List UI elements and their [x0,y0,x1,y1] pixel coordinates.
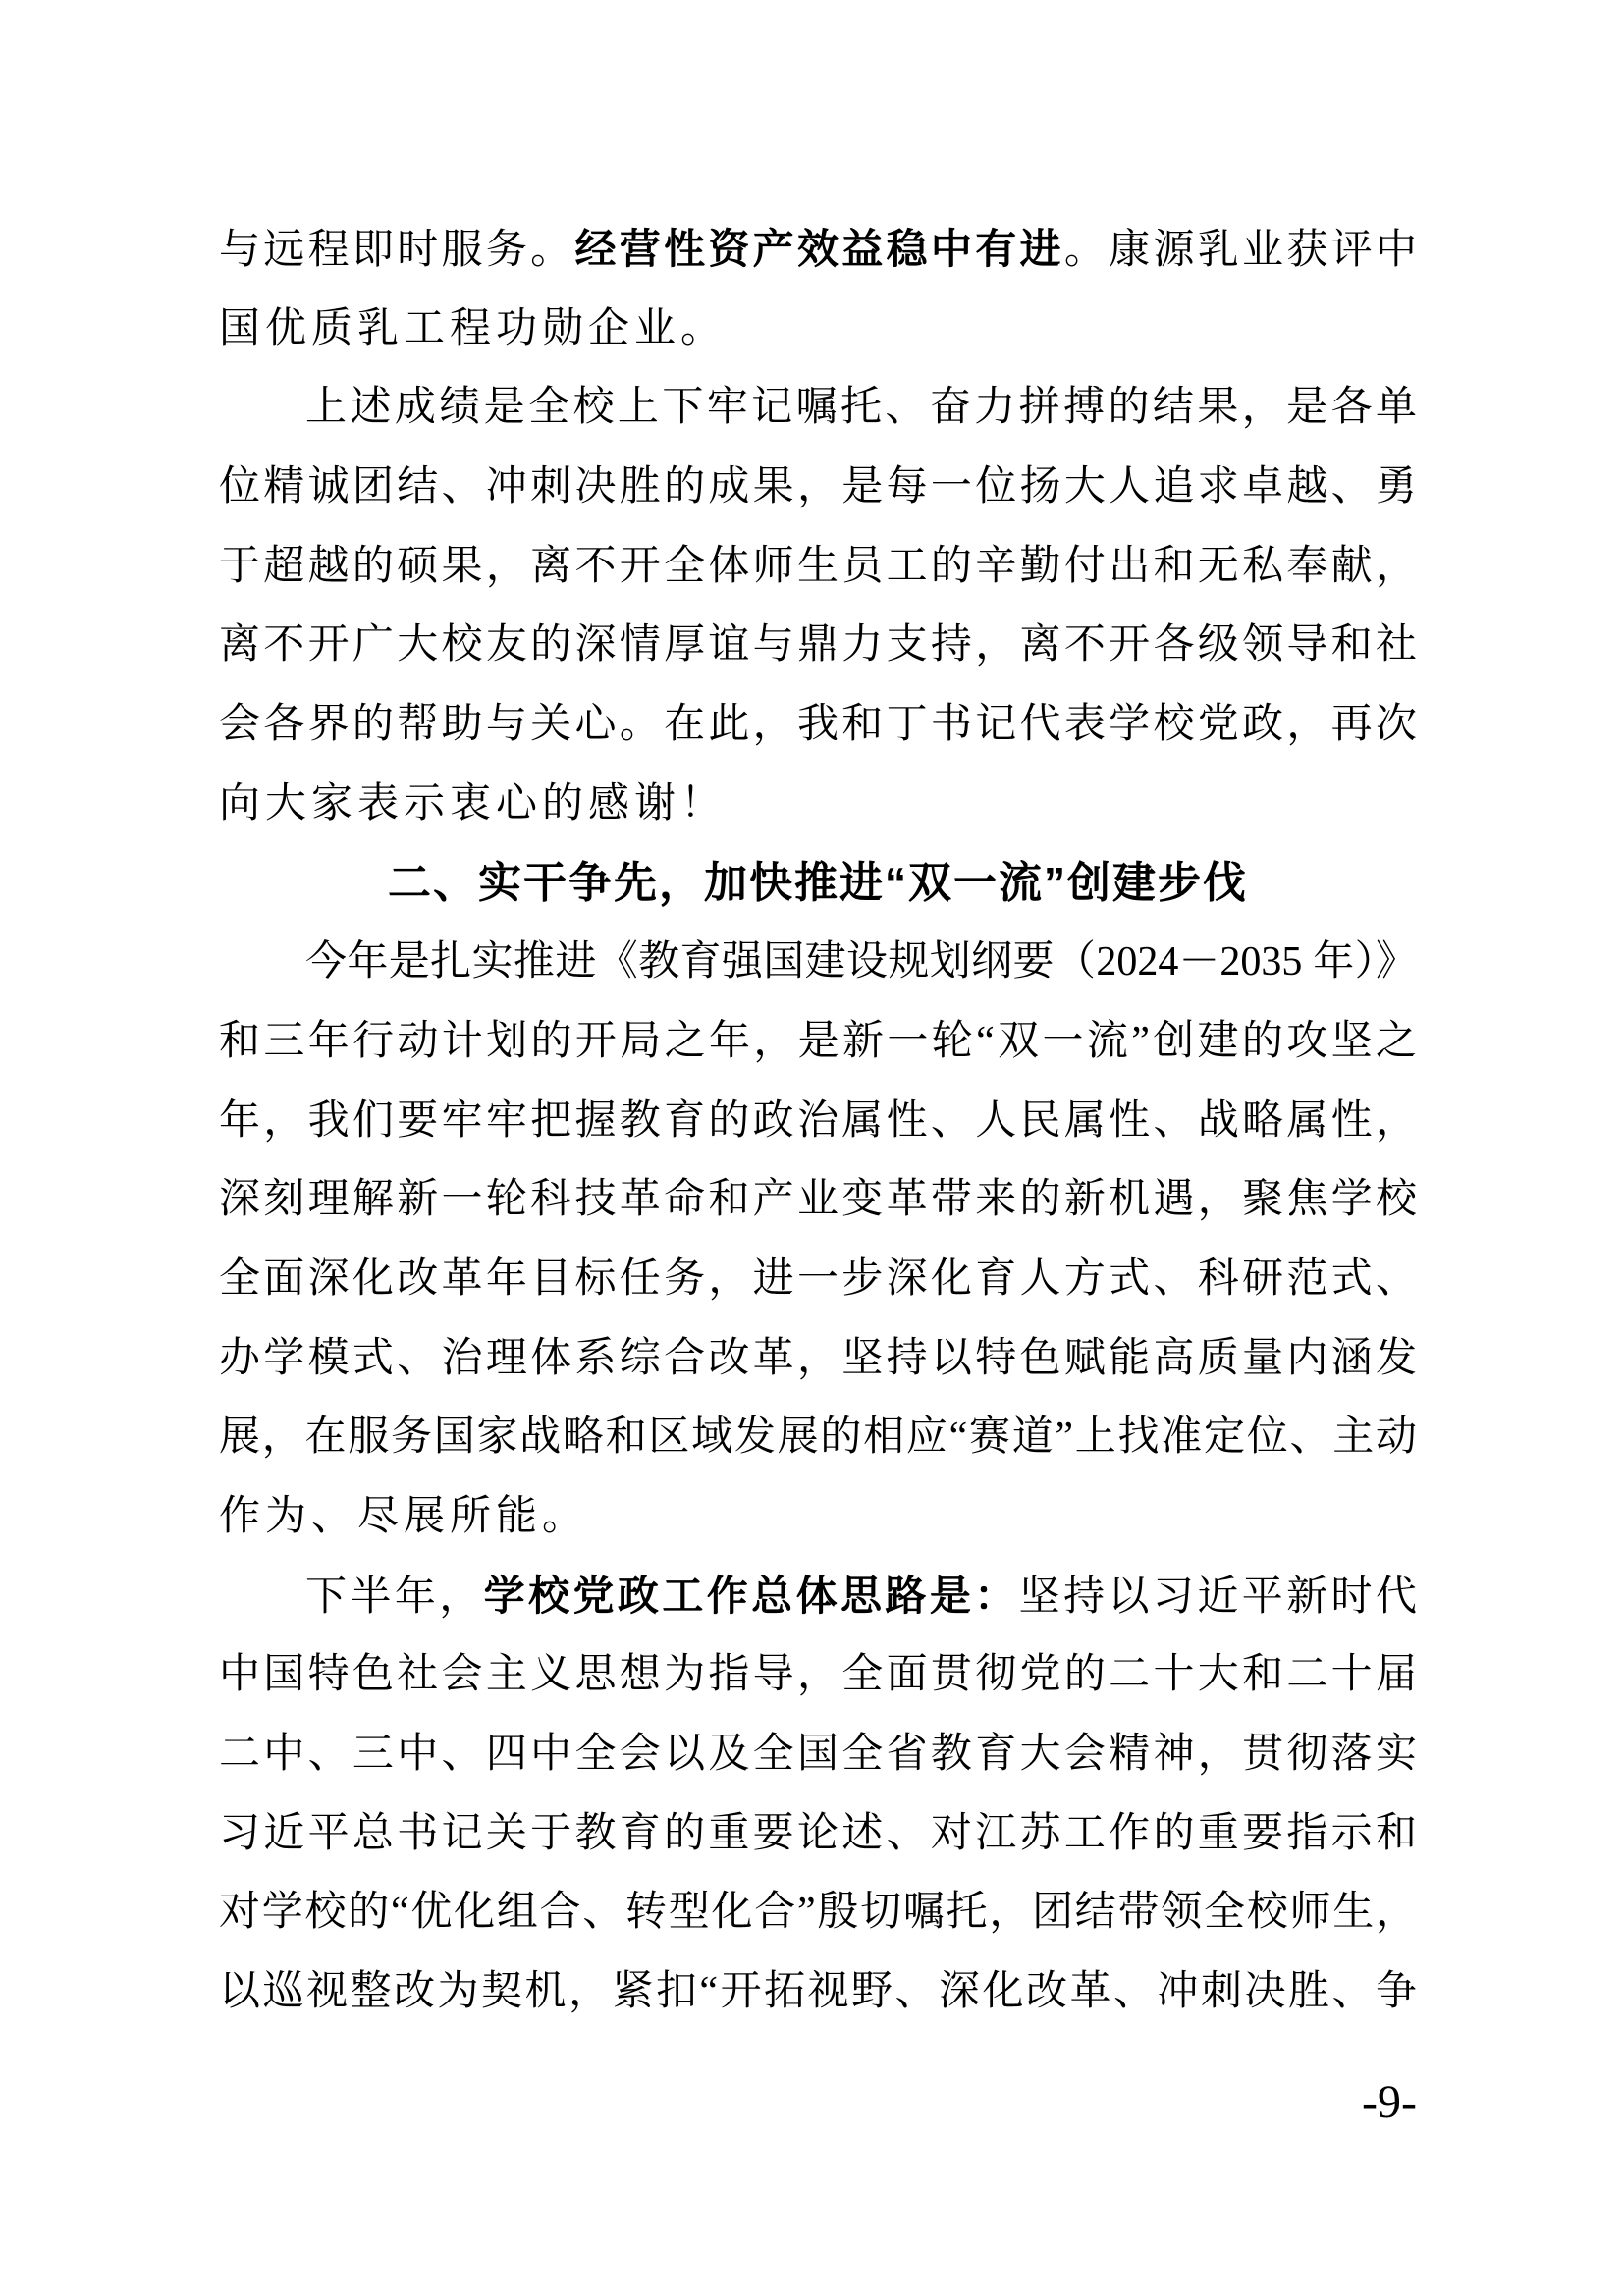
text-line: 年，我们要牢牢把握教育的政治属性、人民属性、战略属性， [219,1082,1417,1161]
text-line: 习近平总书记关于教育的重要论述、对江苏工作的重要指示和 [219,1794,1417,1874]
text-segment: 年，我们要牢牢把握教育的政治属性、人民属性、战略属性， [219,1098,1417,1144]
text-segment: 作为、尽展所能。 [219,1494,588,1539]
text-line: 中国特色社会主义思想为指导，全面贯彻党的二十大和二十届 [219,1635,1417,1715]
section-heading: 二、实干争先，加快推进“双一流”创建步伐 [219,844,1417,924]
text-segment: 今年是扎实推进《教育强国建设规划纲要（2024－2035 年）》 [305,939,1417,985]
text-line: 离不开广大校友的深情厚谊与鼎力支持，离不开各级领导和社 [219,606,1417,685]
text-segment: 与远程即时服务。 [219,228,574,273]
text-line: 作为、尽展所能。 [219,1477,1417,1557]
text-segment: 上述成绩是全校上下牢记嘱托、奋力拼搏的结果，是各单 [305,385,1417,430]
document-text-block: 与远程即时服务。经营性资产效益稳中有进。康源乳业获评中国优质乳工程功勋企业。上述… [219,210,1417,2032]
text-segment: 向大家表示衷心的感谢！ [219,781,727,827]
text-segment: 二中、三中、四中全会以及全国全省教育大会精神，贯彻落实 [219,1732,1417,1777]
text-segment: 于超越的硕果，离不开全体师生员工的辛勤付出和无私奉献， [219,544,1417,589]
text-segment: 展，在服务国家战略和区域发展的相应“赛道”上找准定位、主动 [219,1415,1417,1460]
text-segment: 会各界的帮助与关心。在此，我和丁书记代表学校党政，再次 [219,702,1417,747]
page-number: -9- [219,2077,1417,2128]
text-line: 今年是扎实推进《教育强国建设规划纲要（2024－2035 年）》 [219,923,1417,1002]
text-line: 会各界的帮助与关心。在此，我和丁书记代表学校党政，再次 [219,685,1417,765]
document-page: 与远程即时服务。经营性资产效益稳中有进。康源乳业获评中国优质乳工程功勋企业。上述… [0,0,1624,2296]
text-line: 于超越的硕果，离不开全体师生员工的辛勤付出和无私奉献， [219,527,1417,607]
bold-text-segment: 二、实干争先，加快推进“双一流”创建步伐 [388,859,1248,907]
text-segment: 深刻理解新一轮科技革命和产业变革带来的新机遇，聚焦学校 [219,1177,1417,1222]
text-line: 上述成绩是全校上下牢记嘱托、奋力拼搏的结果，是各单 [219,368,1417,448]
text-segment: 坚持以习近平新时代 [1019,1575,1417,1620]
text-segment: 对学校的“优化组合、转型化合”殷切嘱托，团结带领全校师生， [219,1890,1417,1935]
text-line: 和三年行动计划的开局之年，是新一轮“双一流”创建的攻坚之 [219,1002,1417,1082]
text-segment: 位精诚团结、冲刺决胜的成果，是每一位扬大人追求卓越、勇 [219,464,1417,509]
text-line: 办学模式、治理体系综合改革，坚持以特色赋能高质量内涵发 [219,1319,1417,1399]
text-line: 国优质乳工程功勋企业。 [219,290,1417,369]
bold-text-segment: 经营性资产效益稳中有进 [574,226,1063,272]
text-line: 以巡视整改为契机，紧扣“开拓视野、深化改革、冲刺决胜、争 [219,1952,1417,2032]
text-line: 与远程即时服务。经营性资产效益稳中有进。康源乳业获评中 [219,210,1417,290]
text-line: 展，在服务国家战略和区域发展的相应“赛道”上找准定位、主动 [219,1398,1417,1477]
text-segment: 中国特色社会主义思想为指导，全面贯彻党的二十大和二十届 [219,1652,1417,1697]
bold-text-segment: 学校党政工作总体思路是： [484,1573,1019,1619]
text-line: 向大家表示衷心的感谢！ [219,765,1417,844]
text-segment: 下半年， [305,1575,484,1620]
text-line: 二中、三中、四中全会以及全国全省教育大会精神，贯彻落实 [219,1715,1417,1794]
text-line: 下半年，学校党政工作总体思路是：坚持以习近平新时代 [219,1557,1417,1636]
text-segment: 国优质乳工程功勋企业。 [219,306,727,351]
text-segment: 以巡视整改为契机，紧扣“开拓视野、深化改革、冲刺决胜、争 [219,1969,1417,2014]
text-line: 深刻理解新一轮科技革命和产业变革带来的新机遇，聚焦学校 [219,1160,1417,1240]
text-segment: 全面深化改革年目标任务，进一步深化育人方式、科研范式、 [219,1256,1417,1302]
text-segment: 办学模式、治理体系综合改革，坚持以特色赋能高质量内涵发 [219,1336,1417,1381]
text-line: 位精诚团结、冲刺决胜的成果，是每一位扬大人追求卓越、勇 [219,448,1417,527]
text-segment: 和三年行动计划的开局之年，是新一轮“双一流”创建的攻坚之 [219,1019,1417,1064]
text-segment: 。康源乳业获评中 [1064,228,1417,273]
text-line: 对学校的“优化组合、转型化合”殷切嘱托，团结带领全校师生， [219,1873,1417,1952]
text-segment: 习近平总书记关于教育的重要论述、对江苏工作的重要指示和 [219,1811,1417,1856]
text-segment: 离不开广大校友的深情厚谊与鼎力支持，离不开各级领导和社 [219,622,1417,667]
text-line: 全面深化改革年目标任务，进一步深化育人方式、科研范式、 [219,1240,1417,1319]
